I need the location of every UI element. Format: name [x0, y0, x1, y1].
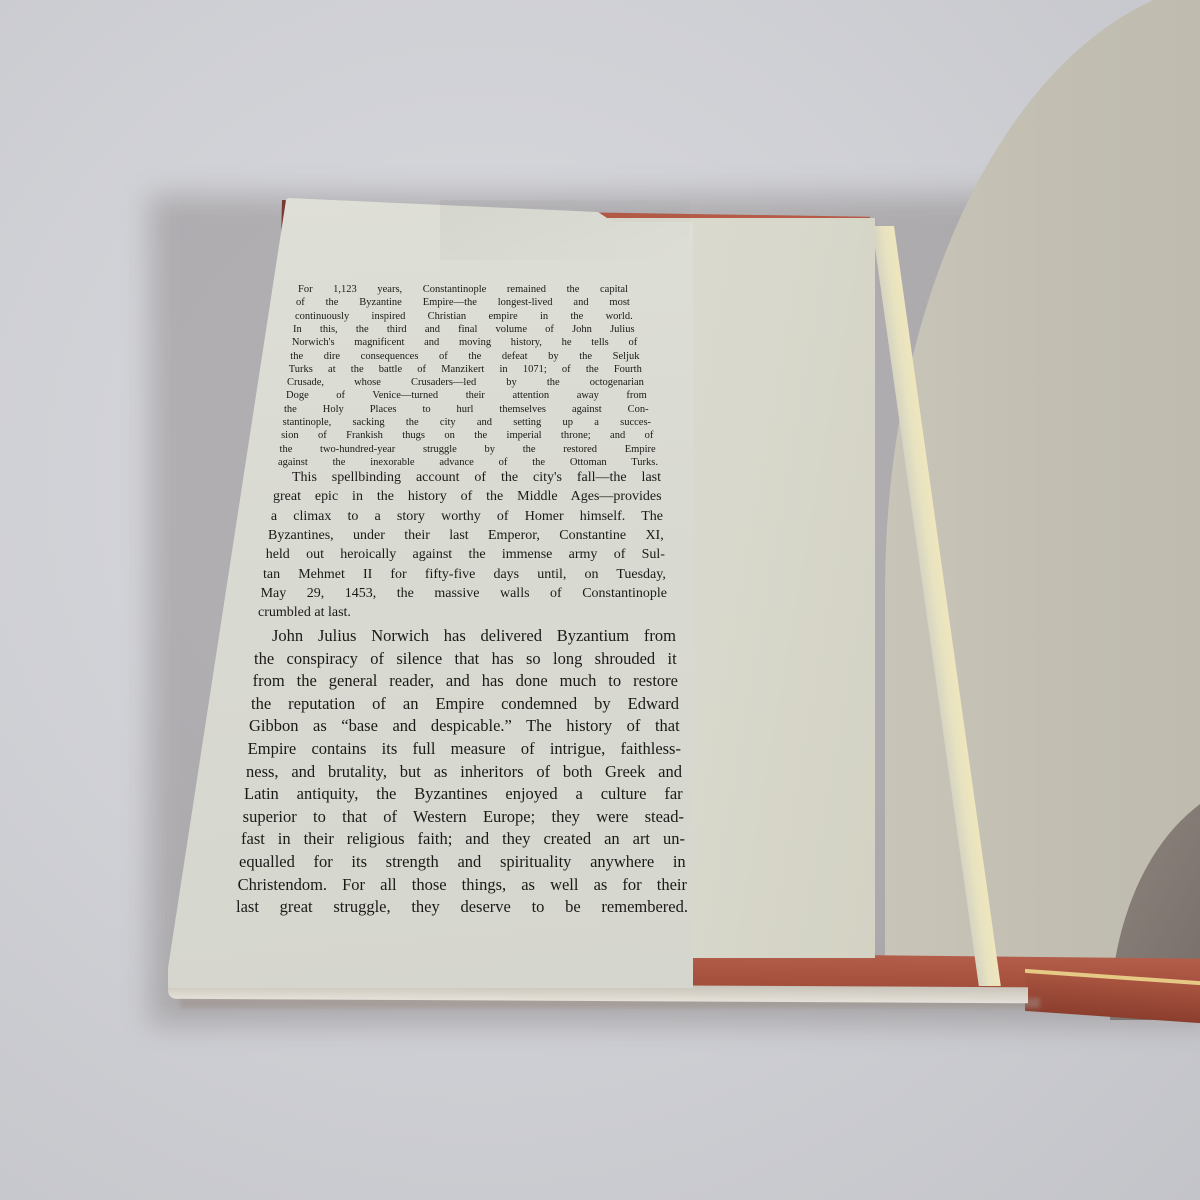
blurb-line: May 29, 1453, the massive walls of Const…	[261, 586, 667, 602]
blurb-line: the Holy Places to hurl themselves again…	[284, 404, 649, 415]
blurb-line: fast in their religious faith; and they …	[241, 829, 685, 849]
blurb-line: crumbled at last.	[258, 605, 668, 621]
blurb-line: tan Mehmet II for fifty-five days until,…	[263, 567, 666, 583]
blurb-line: ness, and brutality, but as inheritors o…	[246, 762, 682, 782]
blurb-line: This spellbinding account of the city's …	[292, 470, 661, 486]
blurb-line: the conspiracy of silence that has so lo…	[254, 649, 677, 669]
blurb-line: equalled for its strength and spirituali…	[239, 852, 686, 872]
blurb-line: Norwich's magnificent and moving history…	[292, 337, 637, 348]
blurb-line: sion of Frankish thugs on the imperial t…	[281, 430, 653, 441]
blurb-line: Gibbon as “base and despicable.” The his…	[249, 716, 680, 736]
blurb-line: Latin antiquity, the Byzantines enjoyed …	[244, 784, 683, 804]
blurb-line: the reputation of an Empire condemned by…	[251, 694, 679, 714]
blurb-line: held out heroically against the immense …	[266, 547, 665, 563]
blurb-line: For 1,123 years, Constantinople remained…	[298, 284, 628, 295]
blurb-line: Doge of Venice—turned their attention aw…	[286, 390, 647, 401]
blurb-line: last great struggle, they deserve to be …	[236, 897, 688, 917]
flap-fold-shading	[440, 200, 690, 260]
blurb-line: continuously inspired Christian empire i…	[295, 311, 633, 322]
blurb-line: Empire contains its full measure of intr…	[248, 739, 681, 759]
blurb-line: great epic in the history of the Middle …	[273, 489, 662, 505]
blurb-line: Turks at the battle of Manzikert in 1071…	[289, 364, 642, 375]
blurb-line: Crusade, whose Crusaders—led by the octo…	[287, 377, 644, 388]
blurb-line: superior to that of Western Europe; they…	[243, 807, 684, 827]
blurb-line: a climax to a story worthy of Homer hims…	[271, 509, 663, 525]
blurb-line: against the inexorable advance of the Ot…	[278, 457, 658, 468]
blurb-line: In this, the third and final volume of J…	[293, 324, 635, 335]
blurb-line: of the Byzantine Empire—the longest-live…	[296, 297, 630, 308]
blurb-line: the dire consequences of the defeat by t…	[290, 351, 639, 362]
blurb-line: John Julius Norwich has delivered Byzant…	[272, 626, 676, 646]
blurb-line: Byzantines, under their last Emperor, Co…	[268, 528, 664, 544]
blurb-line: Christendom. For all those things, as we…	[238, 875, 687, 895]
blurb-line: the two-hundred-year struggle by the res…	[280, 444, 656, 455]
blurb-line: from the general reader, and has done mu…	[253, 671, 678, 691]
blurb-line: stantinople, sacking the city and settin…	[283, 417, 651, 428]
book-photo-scene: For 1,123 years, Constantinople remained…	[0, 0, 1200, 1200]
